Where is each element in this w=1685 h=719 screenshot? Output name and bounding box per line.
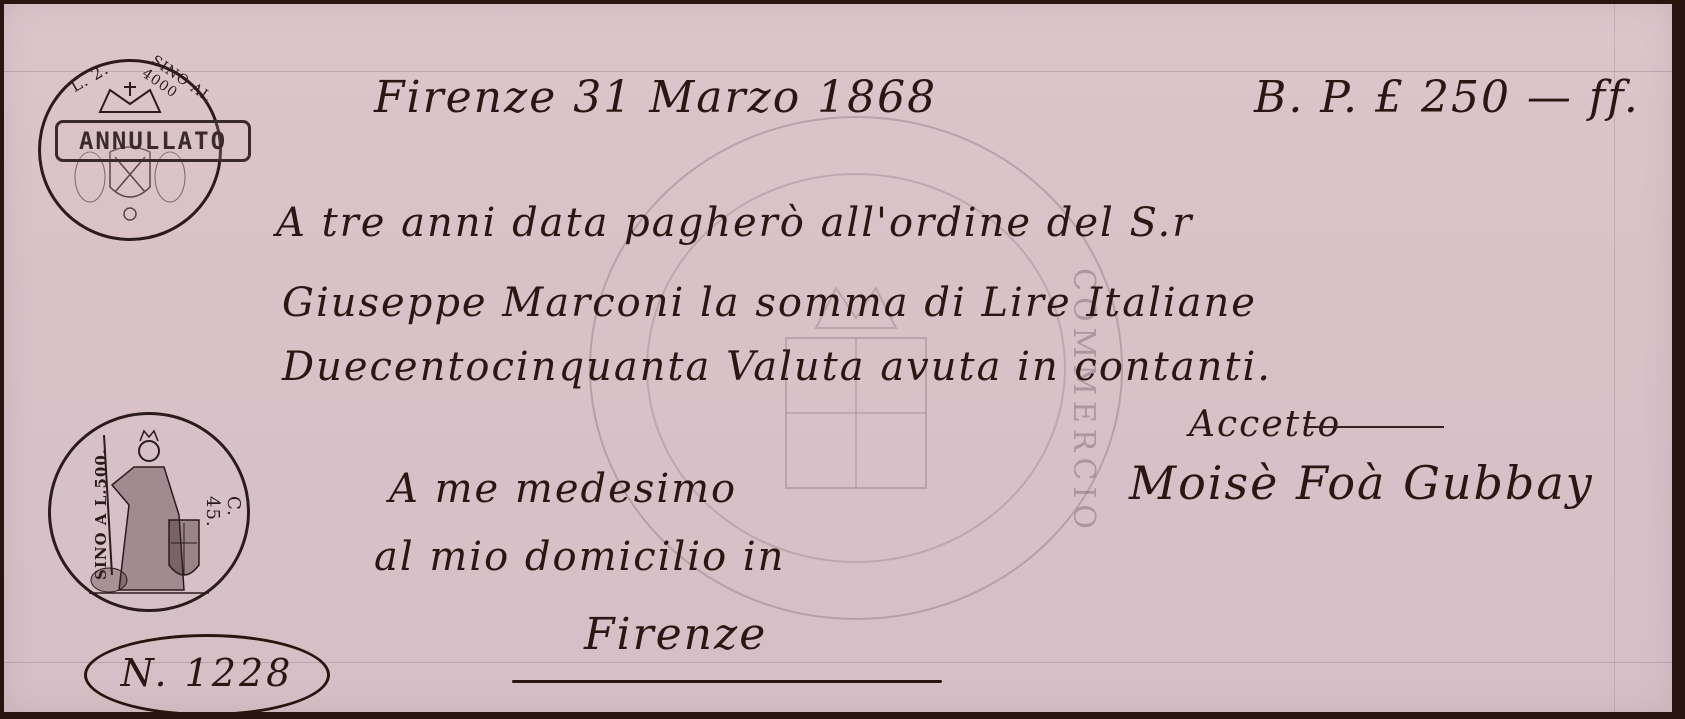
revenue-stamp-top: L. 2. SINO AL 4000 ANNULLATO [38,59,222,241]
promissory-note: COMMERCIO L. 2. SINO AL 4000 ANNULLATO S… [4,4,1672,712]
place-date: Firenze 31 Marzo 1868 [374,72,937,123]
domicile-line-1: A me medesimo [389,466,737,512]
acceptance-label: Accetto [1189,404,1341,445]
serial-number-oval: N. 1228 [84,634,330,712]
italia-figure-icon [84,425,214,600]
acceptance-stroke [1304,426,1444,428]
body-line-1: A tre anni data pagherò all'ordine del S… [276,200,1193,246]
serial-number: N. 1228 [87,651,327,695]
revenue-stamp-bottom: SINO A L.500. C. 45. [48,412,250,612]
acceptance-signature: Moisè Foà Gubbay [1129,456,1594,510]
amount: B. P. £ 250 — ff. [1254,72,1640,123]
body-line-2: Giuseppe Marconi la somma di Lire Italia… [282,280,1257,326]
city-underline [512,680,942,683]
body-line-3: Duecentocinquanta Valuta avuta in contan… [282,344,1272,390]
domicile-line-2: al mio domicilio in [374,534,785,580]
annullato-overprint: ANNULLATO [55,120,251,162]
domicile-city: Firenze [584,609,767,660]
